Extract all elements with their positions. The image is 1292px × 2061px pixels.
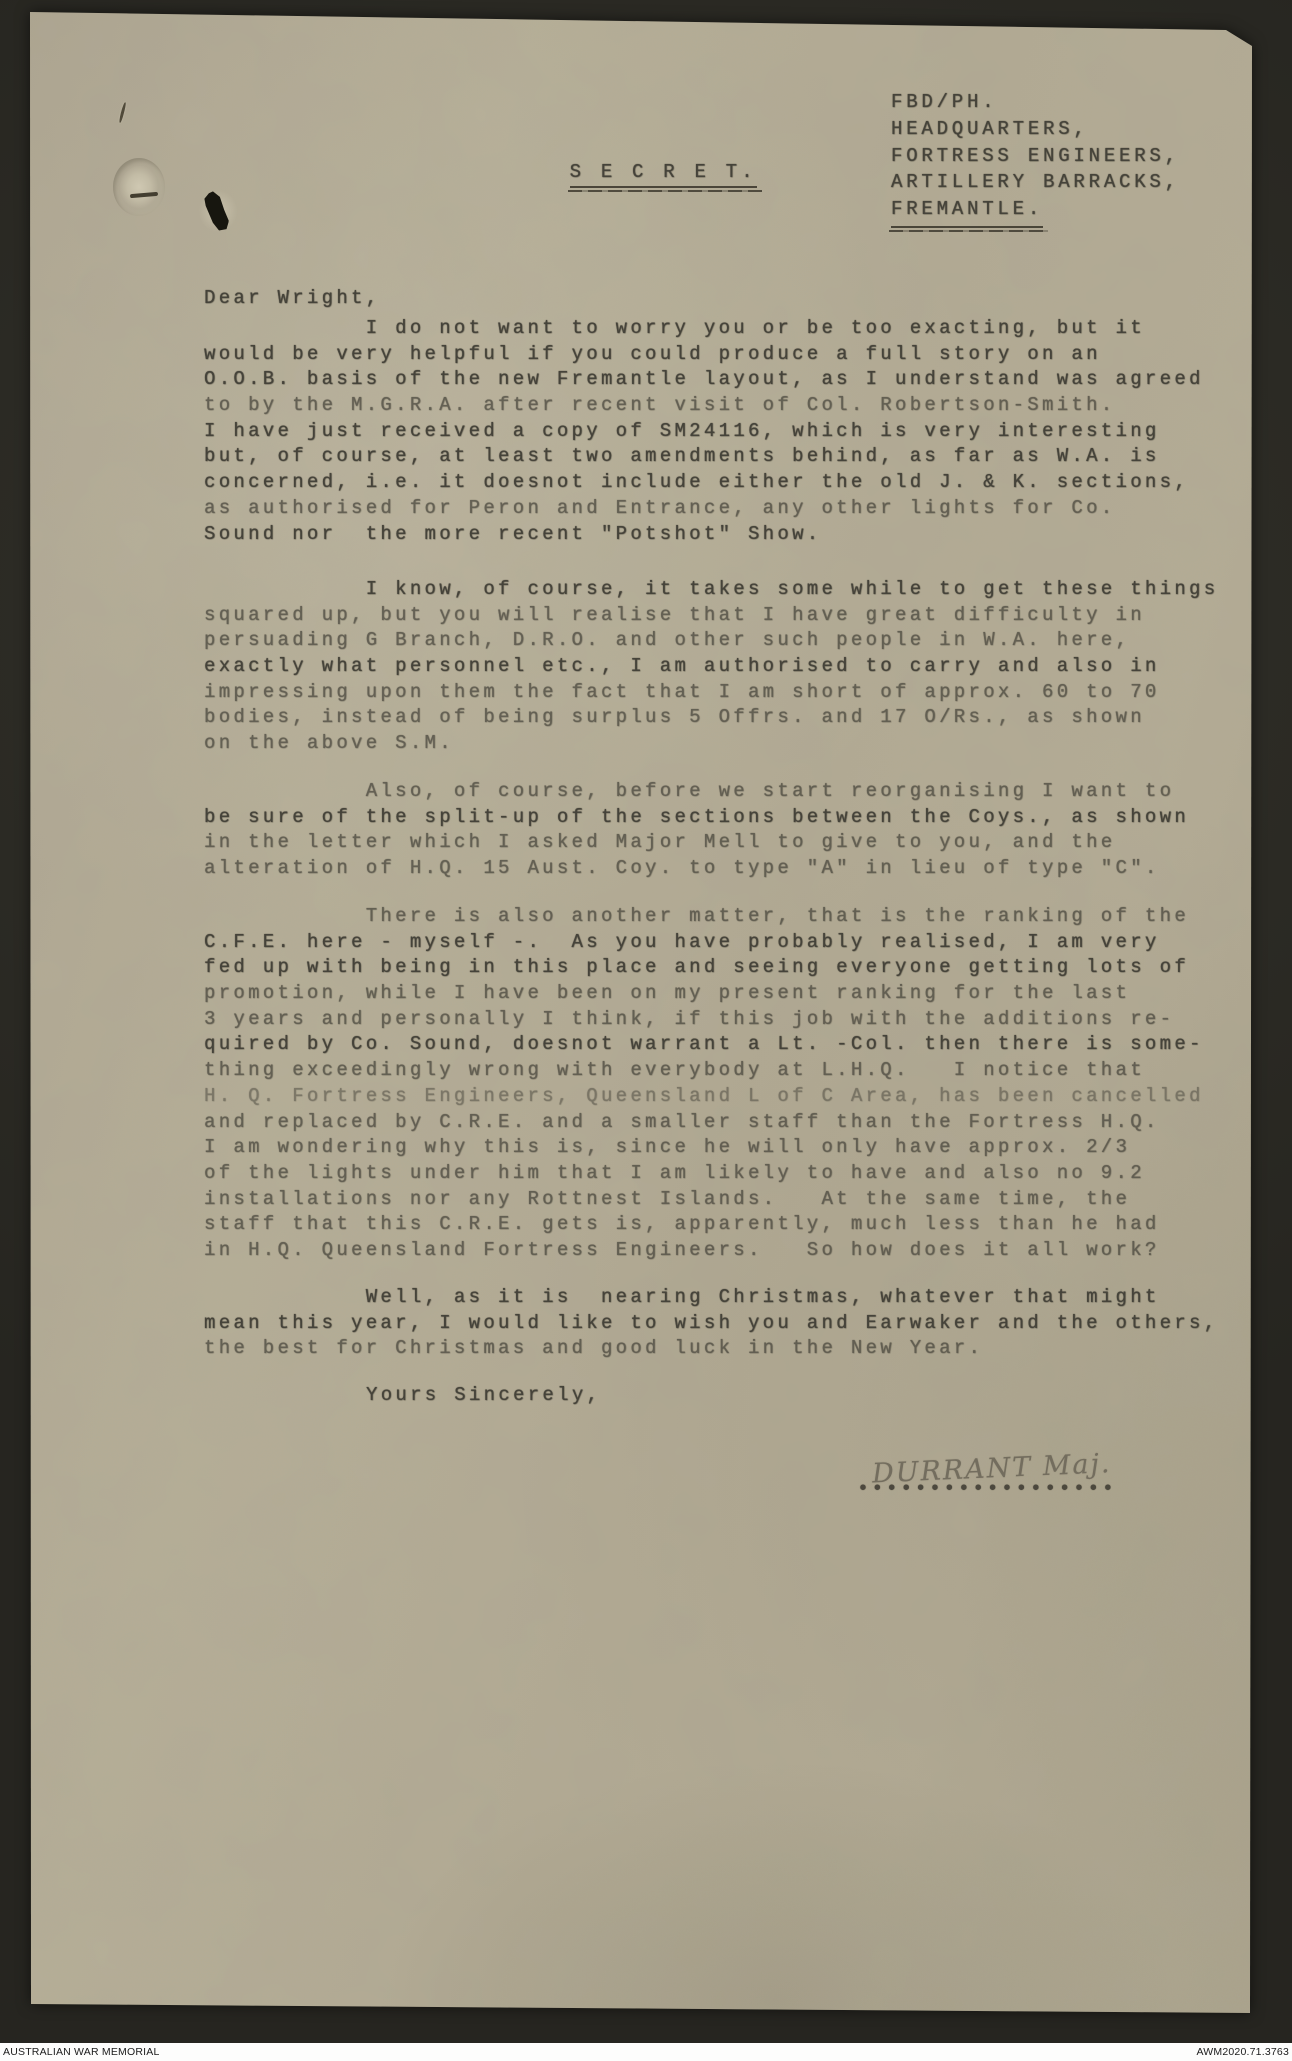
letter-paper-wrap: S E C R E T. FBD/PH.HEADQUARTERS,FORTRES…	[0, 0, 1292, 2061]
paper-crack-mark	[119, 102, 127, 123]
address-line: HEADQUARTERS,	[891, 116, 1180, 143]
classification-text: S E C R E T.	[570, 161, 757, 188]
address-line: FREMANTLE.	[891, 196, 1180, 223]
paragraph-line: but, of course, at least two amendments …	[204, 444, 1204, 470]
paragraph: Also, of course, before we start reorgan…	[204, 779, 1189, 882]
paragraph-line: and replaced by C.R.E. and a smaller sta…	[204, 1110, 1204, 1136]
address-line: FBD/PH.	[891, 89, 1180, 116]
paragraph-line: as authorised for Peron and Entrance, an…	[204, 496, 1204, 522]
archive-footer: AUSTRALIAN WAR MEMORIAL AWM2020.71.3763	[0, 2043, 1292, 2061]
paragraph-line: I am wondering why this is, since he wil…	[204, 1135, 1204, 1161]
address-line: FORTRESS ENGINEERS,	[891, 143, 1180, 170]
letter-paper: S E C R E T. FBD/PH.HEADQUARTERS,FORTRES…	[0, 0, 1292, 2061]
paragraph-line: in the letter which I asked Major Mell t…	[204, 830, 1189, 856]
paragraph-line: thing exceedingly wrong with everybody a…	[204, 1058, 1204, 1084]
paragraph-line: bodies, instead of being surplus 5 Offrs…	[204, 705, 1218, 731]
paragraph: I do not want to worry you or be too exa…	[204, 316, 1204, 547]
archive-item-id: AWM2020.71.3763	[1196, 2046, 1289, 2058]
paragraph-line: promotion, while I have been on my prese…	[204, 981, 1204, 1007]
paragraph-line: the best for Christmas and good luck in …	[204, 1336, 1218, 1362]
address-city-underlined: FREMANTLE.	[891, 196, 1043, 228]
closing-line: Yours Sincerely,	[366, 1384, 601, 1406]
paragraph: Well, as it is nearing Christmas, whatev…	[204, 1285, 1218, 1362]
paragraph-line: staff that this C.R.E. gets is, apparent…	[204, 1212, 1204, 1238]
paragraph-line: in H.Q. Queensland Fortress Engineers. S…	[204, 1238, 1204, 1264]
paper-crease-tear	[113, 158, 165, 216]
paragraph-line: I have just received a copy of SM24116, …	[204, 419, 1204, 445]
paragraph-line: There is also another matter, that is th…	[204, 904, 1204, 930]
paragraph-line: H. Q. Fortress Engineers, Queensland L o…	[204, 1084, 1204, 1110]
paragraph-line: O.O.B. basis of the new Fremantle layout…	[204, 367, 1204, 393]
paragraph-line: Also, of course, before we start reorgan…	[204, 779, 1189, 805]
paragraph-line: installations nor any Rottnest Islands. …	[204, 1187, 1204, 1213]
salutation: Dear Wright,	[204, 287, 380, 309]
paragraph-line: be sure of the split-up of the sections …	[204, 805, 1189, 831]
paragraph-line: impressing upon them the fact that I am …	[204, 680, 1218, 706]
classification-heading: S E C R E T.	[476, 139, 757, 210]
paragraph-line: to by the M.G.R.A. after recent visit of…	[204, 393, 1204, 419]
paragraph-line: exactly what personnel etc., I am author…	[204, 654, 1218, 680]
paragraph: There is also another matter, that is th…	[204, 904, 1204, 1264]
paragraph-line: persuading G Branch, D.R.O. and other su…	[204, 628, 1218, 654]
paragraph-line: squared up, but you will realise that I …	[204, 603, 1218, 629]
address-line: ARTILLERY BARRACKS,	[891, 169, 1180, 196]
paragraph-line: 3 years and personally I think, if this …	[204, 1007, 1204, 1033]
paragraph-line: quired by Co. Sound, doesnot warrant a L…	[204, 1032, 1204, 1058]
paragraph-line: concerned, i.e. it doesnot include eithe…	[204, 470, 1204, 496]
scanned-letter-page: { "colors":{"paper":"#b2aa93","ink":"#45…	[0, 0, 1292, 2061]
archive-name-label: AUSTRALIAN WAR MEMORIAL	[3, 2046, 159, 2058]
paragraph-line: on the above S.M.	[204, 731, 1218, 757]
paragraph-line: mean this year, I would like to wish you…	[204, 1311, 1218, 1337]
paragraph: I know, of course, it takes some while t…	[204, 577, 1218, 757]
paragraph-line: Well, as it is nearing Christmas, whatev…	[204, 1285, 1218, 1311]
paragraph-line: Sound nor the more recent "Potshot" Show…	[204, 522, 1204, 548]
signature-dotted-line: ••••••••••••••••••	[857, 1478, 1116, 1501]
paragraph-line: alteration of H.Q. 15 Aust. Coy. to type…	[204, 856, 1189, 882]
paragraph-line: of the lights under him that I am likely…	[204, 1161, 1204, 1187]
paragraph-line: would be very helpful if you could produ…	[204, 342, 1204, 368]
sender-address-block: FBD/PH.HEADQUARTERS,FORTRESS ENGINEERS,A…	[891, 89, 1180, 223]
paragraph-line: I know, of course, it takes some while t…	[204, 577, 1218, 603]
paragraph-line: I do not want to worry you or be too exa…	[204, 316, 1204, 342]
paragraph-line: C.F.E. here - myself -. As you have prob…	[204, 930, 1204, 956]
paragraph-line: fed up with being in this place and seei…	[204, 955, 1204, 981]
